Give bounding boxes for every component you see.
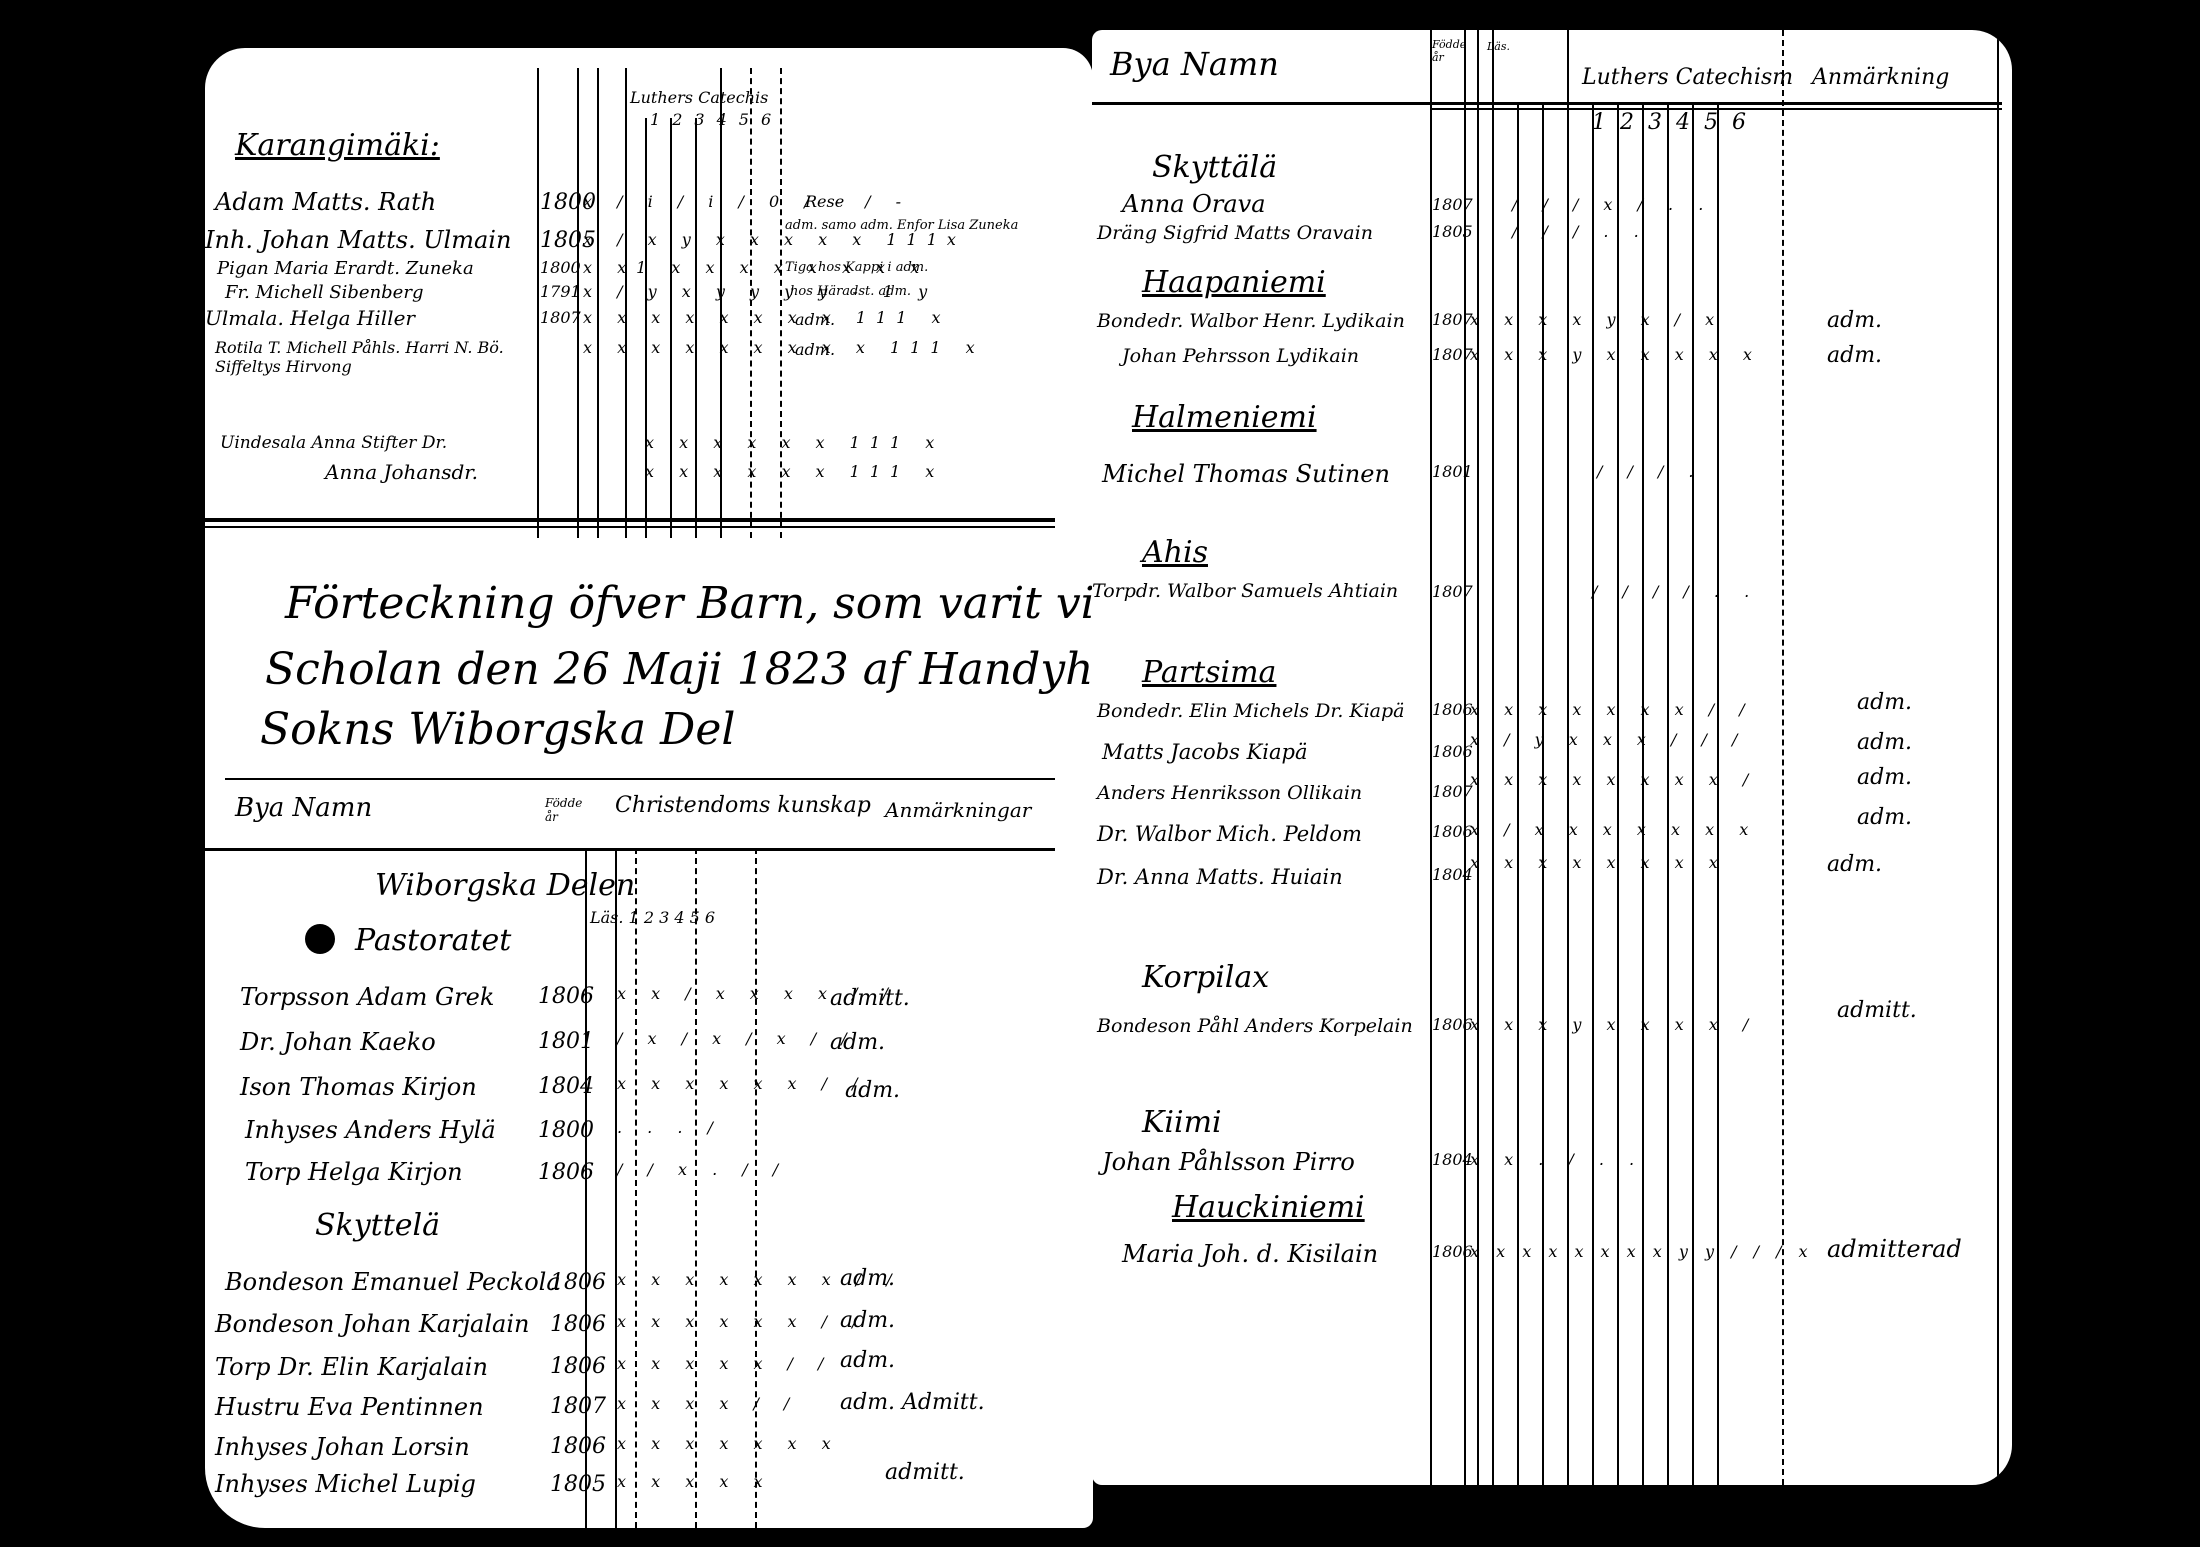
- remark: adm.: [1857, 730, 1912, 755]
- col-num: 6: [761, 110, 783, 129]
- col-header-village: Bya Namn: [235, 793, 372, 823]
- marks: x x x x x x x x y y / / / x: [1470, 1242, 1814, 1261]
- col-num: 4: [717, 110, 739, 129]
- marks: x x x x / /: [617, 1394, 799, 1413]
- person-name: Johan Påhlsson Pirro: [1102, 1148, 1355, 1176]
- marks: x / i / i / 0 / - / -: [583, 192, 911, 211]
- village-name: Korpilax: [1142, 960, 1269, 995]
- person-name: Inhyses Michel Lupig: [215, 1470, 476, 1498]
- birth-year: 1805: [550, 1472, 606, 1497]
- remark: admitterad: [1827, 1235, 1962, 1263]
- left-page: Luthers Catechis 123456 Karangimäki: Ada…: [205, 48, 1093, 1528]
- person-name: Pigan Maria Erardt. Zuneka: [217, 258, 474, 279]
- remark: adm.: [1827, 852, 1882, 877]
- person-name: Uindesala Anna Stifter Dr.: [220, 433, 447, 453]
- person-name: Torpdr. Walbor Samuels Ahtiain: [1092, 580, 1398, 602]
- marks: . . . /: [617, 1118, 723, 1137]
- column-rule: [615, 848, 617, 1528]
- village-name: Skyttälä: [1152, 150, 1277, 185]
- person-name: Rotila T. Michell Påhls. Harri N. Bö. Si…: [215, 338, 535, 376]
- person-name: Dr. Anna Matts. Huiain: [1097, 865, 1343, 889]
- person-name: Michel Thomas Sutinen: [1102, 460, 1390, 488]
- birth-year: 1800: [538, 1118, 594, 1143]
- person-name: Hustru Eva Pentinnen: [215, 1393, 484, 1421]
- remark: adm.: [845, 1078, 900, 1103]
- person-name: Matts Jacobs Kiapä: [1102, 740, 1307, 764]
- remark: adm.: [840, 1308, 895, 1333]
- remark: adm.: [840, 1266, 895, 1291]
- col-header-remarks: Anmärkningar: [885, 798, 1031, 822]
- birth-year: 1806: [1432, 700, 1473, 719]
- header-rule: [225, 778, 1055, 780]
- village-heading: Karangimäki:: [235, 128, 440, 163]
- village-name: Kiimi: [1142, 1105, 1222, 1140]
- person-name: Anna Johansdr.: [325, 460, 478, 484]
- marks: x x . / . .: [1470, 1150, 1644, 1169]
- col-num: 2: [672, 110, 694, 129]
- document-title-line2: Scholan den 26 Maji 1823 af Handyharju: [265, 644, 1093, 695]
- section-title: Wiborgska Delen: [375, 868, 635, 903]
- village-name: Hauckiniemi: [1172, 1190, 1365, 1225]
- marks: / / / / . .: [1592, 582, 1759, 601]
- section-divider: [205, 518, 1055, 522]
- col-header-read: Läs.: [1487, 40, 1510, 53]
- remark: adm.: [795, 340, 835, 359]
- birth-year: 1807: [550, 1394, 606, 1419]
- col-header-catechism: Luthers Catechism: [1582, 65, 1793, 90]
- section-divider: [205, 526, 1055, 528]
- col-header-birth: Födde år: [1432, 38, 1460, 64]
- marks: x / y x x x / / /: [1470, 730, 1747, 749]
- village-name: Ahis: [1142, 535, 1208, 570]
- marks: x x x x x x / /: [617, 1074, 868, 1093]
- person-name: Dräng Sigfrid Matts Oravain: [1097, 222, 1373, 244]
- birth-year: 1806: [1432, 822, 1473, 841]
- birth-year: 1800: [540, 258, 581, 277]
- marks: x x x x x x x: [617, 1434, 841, 1453]
- marks: x x x y x x x x /: [1470, 1015, 1758, 1034]
- column-rule: [1567, 30, 1569, 1485]
- right-page: Bya Namn Födde år Läs. Luthers Catechism…: [1092, 30, 2012, 1485]
- person-name: Anders Henriksson Ollikain: [1097, 782, 1362, 804]
- column-rule: [537, 68, 539, 538]
- marks: / / / . .: [1512, 222, 1649, 241]
- marks: x x x x x: [617, 1472, 772, 1491]
- birth-year: 1807: [1432, 195, 1473, 214]
- person-name: Torpsson Adam Grek: [240, 983, 494, 1011]
- col-num: 1: [650, 110, 672, 129]
- marks: / / x . / /: [617, 1160, 788, 1179]
- remark: adm. samo adm. Enfor Lisa Zuneka: [785, 218, 1018, 233]
- document-title-line1: Förteckning öfver Barn, som varit vid Sk…: [285, 578, 1093, 629]
- col-num: 5: [739, 110, 761, 129]
- col-num: 6: [1732, 110, 1760, 135]
- person-name: Bondedr. Walbor Henr. Lydikain: [1097, 310, 1405, 332]
- marks: x x x x x x x / /: [1470, 700, 1755, 719]
- marks: x x x y x x x x x: [1470, 345, 1762, 364]
- column-rule: [1477, 30, 1479, 1485]
- col-header-knowledge: Christendoms kunskap: [615, 793, 871, 818]
- col-header-birth: Födde år: [545, 796, 575, 824]
- remark: adm.: [795, 310, 835, 329]
- column-numbers: 123456: [650, 110, 783, 129]
- person-name: Johan Pehrsson Lydikain: [1122, 345, 1359, 367]
- birth-year: 1807: [540, 308, 581, 327]
- remark: adm.: [830, 1030, 885, 1055]
- person-name: Torp Dr. Elin Karjalain: [215, 1353, 488, 1381]
- person-name: Inhyses Johan Lorsin: [215, 1433, 470, 1461]
- person-name: Dr. Johan Kaeko: [240, 1028, 436, 1056]
- person-name: Inhyses Anders Hylä: [245, 1116, 496, 1144]
- col-num: 4: [1676, 110, 1704, 135]
- person-name: Torp Helga Kirjon: [245, 1158, 463, 1186]
- village-name: Pastoratet: [355, 923, 511, 958]
- birth-year: 1804: [1432, 1150, 1473, 1169]
- marks: / / / .: [1597, 462, 1704, 481]
- birth-year: 1807: [1432, 345, 1473, 364]
- birth-year: 1805: [1432, 222, 1473, 241]
- person-name: Dr. Walbor Mich. Peldom: [1097, 822, 1362, 846]
- marks: x x x x x x / /: [617, 1312, 868, 1331]
- person-name: Bondeson Johan Karjalain: [215, 1310, 529, 1338]
- column-rule: [1492, 30, 1494, 1485]
- marks: x x x x x x x x /: [1470, 770, 1758, 789]
- person-name: Adam Matts. Rath: [215, 188, 436, 216]
- column-rule: [1782, 30, 1784, 1485]
- person-name: Bondeson Emanuel Peckola: [225, 1268, 561, 1296]
- remark: admitt.: [1837, 998, 1917, 1023]
- birth-year: 1806: [550, 1270, 606, 1295]
- birth-year: 1807: [1432, 582, 1473, 601]
- document-title-line3: Sokns Wiborgska Del: [260, 704, 735, 755]
- column-rule: [625, 68, 627, 538]
- remark: adm.: [1857, 690, 1912, 715]
- person-name: Inh. Johan Matts. Ulmain: [205, 226, 511, 254]
- person-name: Anna Orava: [1122, 190, 1266, 218]
- birth-year: 1806: [1432, 1015, 1473, 1034]
- person-name: Bondedr. Elin Michels Dr. Kiapä: [1097, 700, 1405, 722]
- person-name: Ulmala. Helga Hiller: [205, 306, 415, 330]
- remark: Rese: [805, 192, 844, 211]
- column-rule: [755, 848, 757, 1528]
- section-columns: Läs. 1 2 3 4 5 6: [590, 908, 715, 927]
- person-name: Fr. Michell Sibenberg: [225, 282, 423, 303]
- column-rule: [577, 68, 579, 538]
- marks: / x / x / x / /: [617, 1029, 857, 1048]
- marks: x x x x x x x x 111 x: [583, 308, 951, 327]
- village-name: Halmeniemi: [1132, 400, 1317, 435]
- column-rule: [585, 848, 587, 1528]
- marks: x / x x x x x x x: [1470, 820, 1758, 839]
- village-name: Haapaniemi: [1142, 265, 1326, 300]
- col-header-remarks: Anmärkning: [1812, 65, 1949, 90]
- column-rule: [635, 848, 637, 1528]
- ink-blot: [305, 924, 335, 954]
- header-rule: [1092, 102, 2002, 105]
- birth-year: 1806: [538, 984, 594, 1009]
- birth-year: 1806: [1432, 742, 1473, 761]
- marks: x x x x x x 111 x: [645, 462, 944, 481]
- person-name: Ison Thomas Kirjon: [240, 1073, 477, 1101]
- birth-year: 1806: [538, 1160, 594, 1185]
- remark: adm. Admitt.: [840, 1390, 985, 1415]
- marks: x x x x x x x x: [1470, 853, 1728, 872]
- remark: admitt.: [885, 1460, 965, 1485]
- birth-year: 1791: [540, 282, 581, 301]
- header-rule: [205, 848, 1055, 851]
- col-num: 3: [1648, 110, 1676, 135]
- birth-year: 1804: [1432, 865, 1473, 884]
- column-rule: [695, 848, 697, 1528]
- col-num: 1: [1592, 110, 1620, 135]
- remark: Tiga hos Kappi i adm.: [785, 260, 928, 275]
- column-rule: [597, 68, 599, 538]
- birth-year: 1807: [1432, 782, 1473, 801]
- village-name: Skyttelä: [315, 1208, 440, 1243]
- remark: adm.: [1857, 805, 1912, 830]
- col-num: 3: [694, 110, 716, 129]
- birth-year: 1806: [550, 1312, 606, 1337]
- remark: adm.: [1857, 765, 1912, 790]
- marks: / / / x / . .: [1512, 195, 1713, 214]
- person-name: Bondeson Påhl Anders Korpelain: [1097, 1015, 1413, 1037]
- remark: hos Häradst. adm.: [790, 284, 911, 299]
- remark: adm.: [1827, 308, 1882, 333]
- village-name: Partsima: [1142, 655, 1276, 690]
- col-header-village: Bya Namn: [1110, 45, 1279, 83]
- marks: x x x x y x / x: [1470, 310, 1724, 329]
- page-edge-rule: [1997, 30, 1999, 1485]
- remark: admitt.: [830, 986, 910, 1011]
- remark: adm.: [840, 1348, 895, 1373]
- birth-year: 1807: [1432, 310, 1473, 329]
- birth-year: 1801: [538, 1029, 594, 1054]
- birth-year: 1804: [538, 1074, 594, 1099]
- birth-year: 1806: [1432, 1242, 1473, 1261]
- column-header-catechism: Luthers Catechis: [630, 88, 768, 107]
- marks: x x x x x x 111 x: [645, 433, 944, 452]
- birth-year: 1801: [1432, 462, 1473, 481]
- birth-year: 1806: [550, 1354, 606, 1379]
- marks: x x x x x / /: [617, 1354, 833, 1373]
- birth-year: 1806: [550, 1434, 606, 1459]
- person-name: Maria Joh. d. Kisilain: [1122, 1240, 1378, 1268]
- remark: adm.: [1827, 343, 1882, 368]
- marks: x x x x x x x x x 111 x: [583, 338, 985, 357]
